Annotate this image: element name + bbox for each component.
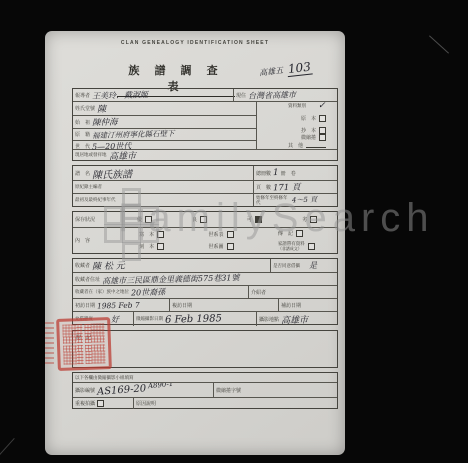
residence-label: 現住 xyxy=(236,92,246,99)
ancestor-cell: 始 祖 陳仲海 xyxy=(73,116,120,128)
original-copy-label: 原 本 xyxy=(301,115,316,122)
editor-cell: 原紀錄主編者 xyxy=(73,181,253,193)
checkbox-icon xyxy=(319,127,326,134)
microfilm-label: 微縮捲 xyxy=(301,134,316,141)
condition-option-good: 良 xyxy=(192,216,207,223)
record-years-label: 最初及最終紀事年代 xyxy=(75,197,116,203)
checkbox-icon xyxy=(319,134,326,141)
clan-sheet-header: CLAN GENEALOGY IDENTIFICATION SHEET xyxy=(45,40,345,46)
seal-glyph xyxy=(62,324,83,344)
condition-option-poor: 劣 xyxy=(302,216,317,223)
first-visit-value: 1985 Feb 7 xyxy=(97,300,140,310)
volumes-label: 總冊數 xyxy=(256,170,271,177)
fair-label: 可 xyxy=(247,216,252,223)
film-number-value: AS169-20 xyxy=(97,383,147,397)
followup-cell: 補訪日期 xyxy=(279,299,337,311)
content-column-2: 世系表 世系圖 xyxy=(208,228,233,253)
familysearch-logo-icon xyxy=(104,224,123,243)
category-option-other: 其 他 xyxy=(257,142,337,149)
film-place-value: 高雄市 xyxy=(281,312,308,326)
first-visit-label: 初訪日期 xyxy=(75,302,95,309)
film-background: CLAN GENEALOGY IDENTIFICATION SHEET 族 譜 … xyxy=(0,0,468,463)
film-date-label: 微縮攝影日期 xyxy=(136,316,163,322)
residence-value: 台灣省高雄市 xyxy=(248,89,296,101)
table-row: 報導者 王美玲．戴淑姬 現住 台灣省高雄市 xyxy=(73,89,337,101)
film-place-label: 攝影地點 xyxy=(259,316,279,323)
original-home-label: 原 籍 xyxy=(75,131,90,138)
film-date-cell: 微縮攝影日期 6 Feb 1985 xyxy=(134,312,256,326)
checkbox-icon xyxy=(310,216,317,223)
remarks-box: 附 記 xyxy=(72,330,338,368)
familysearch-logo-icon xyxy=(140,206,159,225)
holder-label: 收藏者 xyxy=(75,262,90,269)
table-row: 以下各欄由微縮攝影小組填寫 xyxy=(73,373,337,382)
checkbox-icon xyxy=(308,243,315,250)
pages-label: 頁 數 xyxy=(256,184,271,191)
content-option-diagram: 世系圖 xyxy=(208,243,233,250)
compile-years-label: 始修年至終修年代 xyxy=(256,195,290,205)
material-category-column: 資料類別 原 本 ✓ 抄 本 微縮捲 其 他 xyxy=(256,102,337,149)
category-option-copy: 抄 本 xyxy=(257,127,337,134)
editor-label: 原紀錄主編者 xyxy=(75,184,102,190)
other-label: 其 他 xyxy=(288,142,303,149)
pedigree-diagram-label: 世系圖 xyxy=(208,243,223,250)
familysearch-logo-icon xyxy=(104,206,123,225)
record-years-cell: 最初及最終紀事年代 xyxy=(73,194,253,206)
content-option-biography: 傳 記 xyxy=(278,230,315,237)
team-note-label: 以下各欄由微縮攝影小組填寫 xyxy=(75,375,134,381)
current-residence-label: 現居地或發祥地 xyxy=(75,152,107,158)
table-row: 最初及最終紀事年代 始修年至終修年代 4～5 頁 xyxy=(73,193,337,206)
page-number: 高雄五 103 xyxy=(258,58,313,81)
volumes-cell: 總冊數 1 冊 卷 xyxy=(254,166,337,180)
holder-address-value: 高雄市三民區鼎金里義德街575巷31號 xyxy=(102,273,240,285)
poor-label: 劣 xyxy=(302,216,307,223)
compile-years-value: 4～5 頁 xyxy=(292,195,317,206)
reporter-label: 報導者 xyxy=(75,92,90,99)
table-row: 重複拍攝 原因說明 xyxy=(73,397,337,409)
seal-glyph xyxy=(85,344,106,364)
familysearch-logo-icon xyxy=(122,224,141,243)
table-row: 譜 名 陳氏族譜 總冊數 1 冊 卷 xyxy=(73,166,337,180)
film-number-value-2: A890-1 xyxy=(148,383,174,390)
lineage-info-table: 報導者 王美玲．戴淑姬 現住 台灣省高雄市 姓氏堂號 陳 xyxy=(72,88,338,161)
reporter-cell: 報導者 王美玲．戴淑姬 xyxy=(73,89,233,101)
film-scratch xyxy=(429,35,449,53)
pages-value: 171 頁 xyxy=(273,181,301,193)
origin-value: 福建汀州府寧化縣石壁下 xyxy=(92,129,175,140)
red-seal-edge-stamp xyxy=(45,322,54,364)
content-label: 內 容 xyxy=(75,237,90,244)
genealogy-name-label: 譜 名 xyxy=(75,170,90,177)
origin-cell: 原 籍 福建汀州府寧化縣石壁下 xyxy=(73,129,177,140)
volumes-suffix: 冊 卷 xyxy=(281,170,296,177)
attitude-value: 好 xyxy=(111,313,119,324)
film-place-cell: 攝影地點 高雄市 xyxy=(257,312,337,326)
content-column-3: 傳 記 家譜帶有資料 （非譜成文） xyxy=(278,228,315,253)
introducer-cell: 介紹者 xyxy=(249,286,337,298)
consent-value: 是 xyxy=(309,260,317,271)
first-ancestor-label: 始 祖 xyxy=(75,119,90,126)
genealogy-name-value: 陳氏族譜 xyxy=(92,166,132,180)
holder-info-table: 收藏者 陳 松 元 是否同意借攝 是 收藏者住址 高雄市三民區鼎金里義德街575… xyxy=(72,258,338,325)
category-option-microfilm: 微縮捲 xyxy=(257,134,337,141)
surname-cell: 姓氏堂號 陳 xyxy=(73,102,108,115)
printed-label: 刻 本 xyxy=(139,243,154,250)
left-column: 姓氏堂號 陳 始 祖 陳仲海 原 籍 福建汀州府寧化縣石壁下 xyxy=(73,102,256,149)
familysearch-logo-icon xyxy=(122,206,141,225)
introducer-label: 介紹者 xyxy=(251,289,266,296)
checkbox-icon xyxy=(319,115,326,122)
reel-number-label: 微縮捲字號 xyxy=(216,387,241,394)
table-row: 原 籍 福建汀州府寧化縣石壁下 xyxy=(73,128,256,140)
clan-position-label: 收藏者在（家）族中之地位 xyxy=(75,289,129,295)
film-number-label: 攝影編號 xyxy=(75,387,95,394)
revisit-cell: 複訪日期 xyxy=(170,299,278,311)
table-row: 收藏者住址 高雄市三民區鼎金里義德街575巷31號 xyxy=(73,272,337,285)
revisit-label: 複訪日期 xyxy=(172,302,192,309)
checkbox-icon xyxy=(227,243,234,250)
reason-cell: 原因說明 xyxy=(134,398,337,409)
category-option-original: 原 本 ✓ xyxy=(257,109,337,127)
checkbox-original: ✓ xyxy=(319,109,326,127)
check-mark: ✓ xyxy=(318,101,326,111)
holder-cell: 收藏者 陳 松 元 xyxy=(73,259,270,272)
microfilm-team-table: 以下各欄由微縮攝影小組填寫 攝影編號 AS169-20 A890-1 微縮捲字號… xyxy=(72,372,338,409)
checkbox-icon xyxy=(200,216,207,223)
film-scratch xyxy=(0,438,15,455)
condition-label: 保存狀況 xyxy=(75,216,95,223)
surname-value: 陳 xyxy=(97,102,106,115)
blank-line xyxy=(306,142,326,148)
volumes-value: 1 xyxy=(273,168,279,178)
pages-cell: 頁 數 171 頁 xyxy=(254,181,337,193)
followup-label: 補訪日期 xyxy=(281,302,301,309)
consent-label: 是否同意借攝 xyxy=(273,263,307,268)
holder-value: 陳 松 元 xyxy=(92,259,125,272)
genealogy-title-table: 譜 名 陳氏族譜 總冊數 1 冊 卷 原紀錄主編者 頁 數 171 頁 xyxy=(72,165,338,207)
checkbox-icon xyxy=(157,243,164,250)
content-option-printed: 刻 本 xyxy=(139,243,164,250)
seal-glyph xyxy=(63,345,84,365)
ancestor-value: 陳仲海 xyxy=(92,116,118,128)
clan-position-value: 20世裔孫 xyxy=(131,286,165,298)
checkbox-icon xyxy=(296,230,303,237)
pedigree-chart-label: 世系表 xyxy=(208,231,223,238)
transcript-label: 抄 本 xyxy=(301,127,316,134)
first-visit-cell: 初訪日期 1985 Feb 7 xyxy=(73,299,169,311)
duplicate-label: 重複拍攝 xyxy=(75,400,95,407)
holder-address-label: 收藏者住址 xyxy=(75,276,100,283)
page-number-prefix: 高雄五 xyxy=(259,65,284,79)
film-number-cell: 攝影編號 AS169-20 A890-1 xyxy=(73,383,213,397)
table-row: 收藏者在（家）族中之地位 20世裔孫 介紹者 xyxy=(73,285,337,298)
table-row: 始 祖 陳仲海 xyxy=(73,115,256,128)
table-row: 初訪日期 1985 Feb 7 複訪日期 補訪日期 xyxy=(73,298,337,311)
red-seal-stamp xyxy=(56,317,112,371)
film-date-value: 6 Feb 1985 xyxy=(165,313,222,325)
table-row: 允借態度 好 微縮攝影日期 6 Feb 1985 攝影地點 高雄市 xyxy=(73,311,337,326)
familysearch-logo-icon xyxy=(122,242,141,261)
content-option-chart: 世系表 xyxy=(208,231,233,238)
table-row: 收藏者 陳 松 元 是否同意借攝 是 xyxy=(73,259,337,272)
checkbox-checked-icon xyxy=(255,216,262,223)
other-material-note: （非譜成文） xyxy=(278,247,305,251)
current-residence-value: 高雄市 xyxy=(108,150,135,160)
good-label: 良 xyxy=(192,216,197,223)
reporter-value: 王美玲．戴淑姬 xyxy=(92,89,148,101)
genealogy-name-cell: 譜 名 陳氏族譜 xyxy=(73,166,253,180)
compile-years-cell: 始修年至終修年代 4～5 頁 xyxy=(254,194,337,206)
checkbox-icon xyxy=(97,400,104,407)
reel-number-cell: 微縮捲字號 xyxy=(214,383,337,397)
holder-address-cell: 收藏者住址 高雄市三民區鼎金里義德街575巷31號 xyxy=(73,273,241,285)
document: CLAN GENEALOGY IDENTIFICATION SHEET 族 譜 … xyxy=(45,31,345,455)
consent-cell: 是否同意借攝 是 xyxy=(271,259,337,272)
page-number-value: 103 xyxy=(287,59,313,77)
table-row: 攝影編號 AS169-20 A890-1 微縮捲字號 xyxy=(73,382,337,397)
table-row: 原紀錄主編者 頁 數 171 頁 xyxy=(73,180,337,193)
reason-label: 原因說明 xyxy=(136,400,156,407)
duplicate-cell: 重複拍攝 xyxy=(73,398,133,409)
table-row: 姓氏堂號 陳 xyxy=(73,102,256,115)
generations-label: 世 代 xyxy=(75,143,90,150)
familysearch-logo-icon xyxy=(122,188,141,207)
seal-glyph xyxy=(84,323,105,343)
condition-option-fair: 可 xyxy=(247,216,262,223)
table-body: 姓氏堂號 陳 始 祖 陳仲海 原 籍 福建汀州府寧化縣石壁下 xyxy=(73,101,337,149)
biography-label: 傳 記 xyxy=(278,230,293,237)
checkbox-icon xyxy=(227,231,234,238)
team-note-cell: 以下各欄由微縮攝影小組填寫 xyxy=(73,373,136,382)
table-row: 世 代 5—20世代 xyxy=(73,140,256,152)
clan-position-cell: 收藏者在（家）族中之地位 20世裔孫 xyxy=(73,286,248,298)
residence-cell: 現住 台灣省高雄市 xyxy=(234,89,337,101)
surname-hall-label: 姓氏堂號 xyxy=(75,105,95,112)
familysearch-logo-icon xyxy=(140,224,159,243)
content-option-other-material: 家譜帶有資料 （非譜成文） xyxy=(278,241,315,251)
